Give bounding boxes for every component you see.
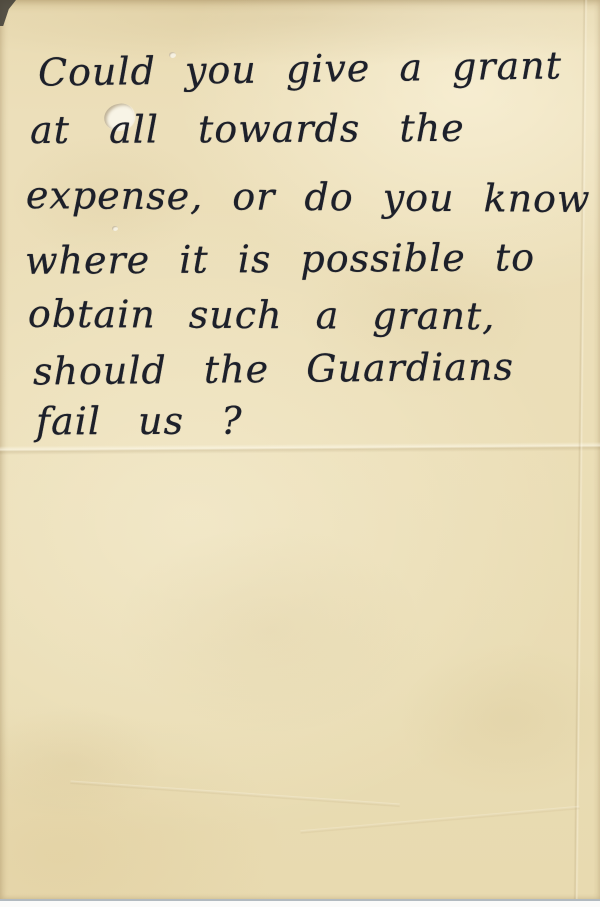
handwritten-line-7: fail us ?: [36, 398, 243, 445]
paper-speck: [112, 226, 118, 231]
handwritten-line-2: at all towards the: [30, 105, 465, 153]
letter-page: Could you give a grant at all towards th…: [0, 0, 600, 901]
handwritten-line-3: expense, or do you know: [26, 172, 591, 222]
handwritten-line-6: should the Guardians: [33, 343, 514, 394]
handwritten-line-1: Could you give a grant: [38, 42, 563, 95]
handwritten-line-4: where it is possible to: [25, 234, 535, 284]
handwritten-line-5: obtain such a grant,: [28, 291, 496, 339]
scan-background: Could you give a grant at all towards th…: [0, 0, 600, 907]
